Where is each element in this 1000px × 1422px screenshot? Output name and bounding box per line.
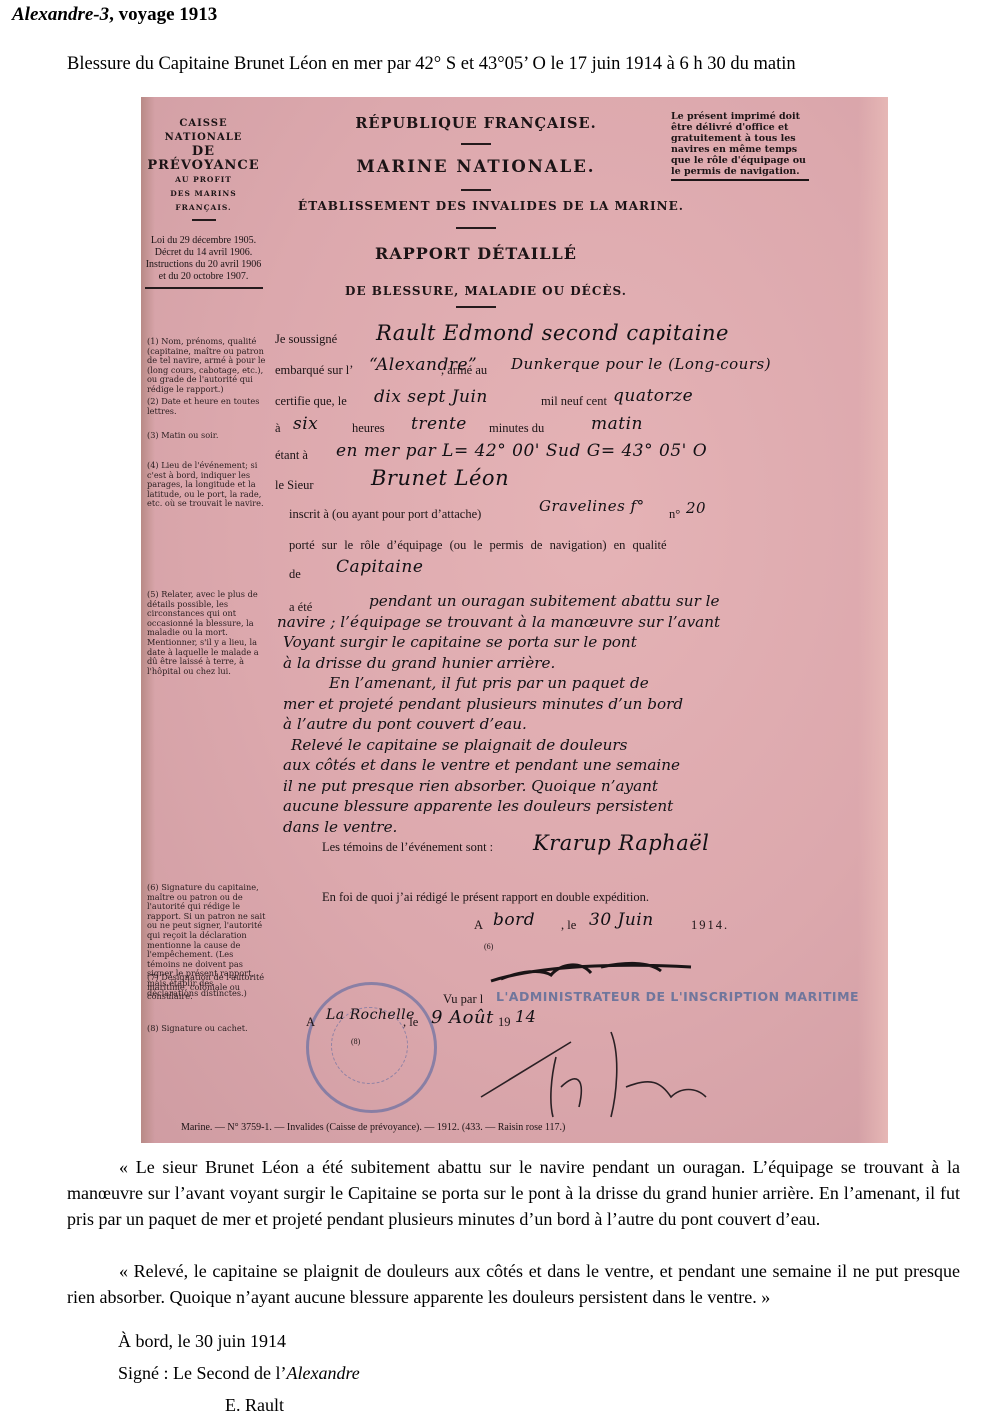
- scanned-report-image: CAISSE NATIONALE DE PRÉVOYANCE AU PROFIT…: [141, 97, 888, 1143]
- de-label: de: [289, 567, 301, 582]
- ship-name: Alexandre-3: [12, 4, 109, 25]
- caisse-laws: Loi du 29 décembre 1905. Décret du 14 av…: [141, 235, 266, 283]
- law-line: Loi du 29 décembre 1905.: [141, 235, 266, 247]
- qualite-handwritten: Capitaine: [336, 557, 423, 577]
- etablissement-heading: ÉTABLISSEMENT DES INVALIDES DE LA MARINE…: [281, 199, 701, 213]
- law-line: et du 20 octobre 1907.: [141, 271, 266, 283]
- marine-heading: MARINE NATIONALE.: [341, 157, 611, 176]
- caisse-heading: CAISSE NATIONALE DE PRÉVOYANCE AU PROFIT…: [141, 117, 266, 293]
- divider: [456, 227, 496, 229]
- narrative-handwritten: pendant un ouragan subitement abattu sur…: [369, 591, 888, 837]
- year-handwritten: quatorze: [613, 386, 693, 406]
- lieu-handwritten: bord: [493, 910, 535, 930]
- caisse-line2: DE PRÉVOYANCE: [141, 145, 266, 173]
- page-title: Alexandre-3, voyage 1913: [12, 4, 217, 26]
- minutes-handwritten: trente: [411, 414, 467, 434]
- narrative-line: Relevé le capitaine se plaignait de doul…: [291, 735, 888, 756]
- narrative-line: aucune blessure apparente les douleurs p…: [283, 796, 888, 817]
- transcription-place-date: À bord, le 30 juin 1914: [118, 1331, 286, 1352]
- temoins-handwritten: Krarup Raphaël: [533, 831, 709, 855]
- en-foi-label: En foi de quoi j’ai rédigé le présent ra…: [322, 890, 649, 905]
- administrator-stamp: L'ADMINISTRATEUR DE L'INSCRIPTION MARITI…: [496, 989, 859, 1004]
- administrator-signature-icon: [461, 1017, 721, 1127]
- arme-handwritten: Dunkerque pour le (Long-cours): [511, 355, 771, 373]
- signed-ship: Alexandre: [286, 1363, 359, 1383]
- sig-mark: (6): [484, 942, 493, 951]
- minutes-label: minutes du: [489, 421, 544, 436]
- inscrit-handwritten: Gravelines f°: [539, 497, 645, 515]
- footnote-3: (3) Matin ou soir.: [147, 431, 267, 441]
- rapport-subheading: DE BLESSURE, MALADIE OU DÉCÈS.: [316, 284, 656, 298]
- divider: [145, 287, 263, 289]
- transcription-signer: E. Rault: [225, 1395, 284, 1416]
- title-voyage: , voyage 1913: [109, 4, 217, 25]
- signed-prefix: Signé : Le Second de l’: [118, 1363, 286, 1383]
- transcription-paragraph-2: « Relevé, le capitaine se plaignit de do…: [67, 1258, 960, 1310]
- narrative-line: il ne put presque rien absorber. Quoique…: [283, 776, 888, 797]
- footnote-5: (5) Relater, avec le plus de détails pos…: [147, 590, 267, 676]
- sieur-label: le Sieur: [275, 478, 314, 493]
- narrative-line: navire ; l’équipage se trouvant à la man…: [277, 612, 888, 633]
- heures-label: heures: [352, 421, 385, 436]
- divider: [461, 143, 491, 145]
- narrative-line: pendant un ouragan subitement abattu sur…: [369, 591, 888, 612]
- footnote-4: (4) Lieu de l'événement; si c'est à bord…: [147, 461, 267, 509]
- caisse-line4: DES MARINS FRANÇAIS.: [141, 187, 266, 215]
- vu-lieu-handwritten: La Rochelle: [326, 1007, 415, 1023]
- narrative-line: En l’amenant, il fut pris par un paquet …: [329, 673, 888, 694]
- le-label: , le: [561, 918, 576, 933]
- printer-imprint: Marine. — N° 3759-1. — Invalides (Caisse…: [181, 1122, 565, 1133]
- narrative-line: Voyant surgir le capitaine se porta sur …: [283, 632, 888, 653]
- a-label: à: [275, 421, 281, 436]
- vu-label: Vu par l: [443, 992, 483, 1007]
- narrative-line: aux côtés et dans le ventre et pendant u…: [283, 755, 888, 776]
- soussigne-handwritten: Rault Edmond second capitaine: [376, 321, 729, 345]
- caisse-line1: CAISSE NATIONALE: [141, 117, 266, 145]
- a-lieu-label: A: [474, 918, 483, 933]
- arme-label: , armé au: [441, 363, 487, 378]
- sign-year: 1914.: [691, 918, 729, 933]
- transcription-paragraph-1: « Le sieur Brunet Léon a été subitement …: [67, 1154, 960, 1232]
- vu-a-label: A: [306, 1015, 315, 1030]
- divider: [456, 306, 496, 308]
- rault-signature-icon: [481, 957, 701, 987]
- law-line: Décret du 14 avril 1906.: [141, 247, 266, 259]
- notice-box: Le présent imprimé doit être délivré d'o…: [671, 111, 809, 181]
- footnote-1: (1) Nom, prénoms, qualité (capitaine, ma…: [147, 337, 267, 395]
- porte-label: porté sur le rôle d’équipage (ou le perm…: [289, 538, 667, 553]
- hour-handwritten: six: [293, 414, 318, 434]
- divider: [461, 189, 491, 191]
- page-subtitle: Blessure du Capitaine Brunet Léon en mer…: [67, 54, 796, 75]
- sign-date-handwritten: 30 Juin: [589, 910, 654, 930]
- seal-mark: (8): [351, 1037, 360, 1046]
- sieur-handwritten: Brunet Léon: [371, 466, 509, 490]
- narrative-line: à la drisse du grand hunier arrière.: [283, 653, 888, 674]
- transcription-signed: Signé : Le Second de l’Alexandre: [118, 1363, 360, 1384]
- position-handwritten: en mer par L= 42° 00' Sud G= 43° 05' O: [336, 441, 707, 461]
- rapport-heading: RAPPORT DÉTAILLÉ: [341, 244, 611, 263]
- republique-heading: RÉPUBLIQUE FRANÇAISE.: [341, 115, 611, 132]
- footnote-8: (8) Signature ou cachet.: [147, 1024, 267, 1034]
- soussigne-label: Je soussigné: [275, 332, 337, 347]
- vu-le-label: , le: [403, 1015, 418, 1030]
- divider: [192, 219, 216, 221]
- etant-label: étant à: [275, 448, 308, 463]
- date-handwritten: dix sept Juin: [374, 387, 488, 407]
- caisse-line3: AU PROFIT: [141, 173, 266, 187]
- embarque-label: embarqué sur l’: [275, 363, 353, 378]
- certifie-label: certifie que, le: [275, 394, 347, 409]
- law-line: Instructions du 20 avril 1906: [141, 259, 266, 271]
- mil-label: mil neuf cent: [541, 394, 607, 409]
- temoins-label: Les témoins de l’événement sont :: [322, 840, 493, 855]
- footnote-7: (7) Désignation de l'autorité maritime, …: [147, 973, 267, 1002]
- numero-label: n°: [669, 507, 680, 522]
- period-handwritten: matin: [591, 414, 643, 434]
- numero-handwritten: 20: [686, 499, 706, 517]
- inscrit-label: inscrit à (ou ayant pour port d’attache): [289, 507, 481, 522]
- narrative-line: à l’autre du pont couvert d’eau.: [283, 714, 888, 735]
- narrative-line: mer et projeté pendant plusieurs minutes…: [283, 694, 888, 715]
- footnote-2: (2) Date et heure en toutes lettres.: [147, 397, 267, 416]
